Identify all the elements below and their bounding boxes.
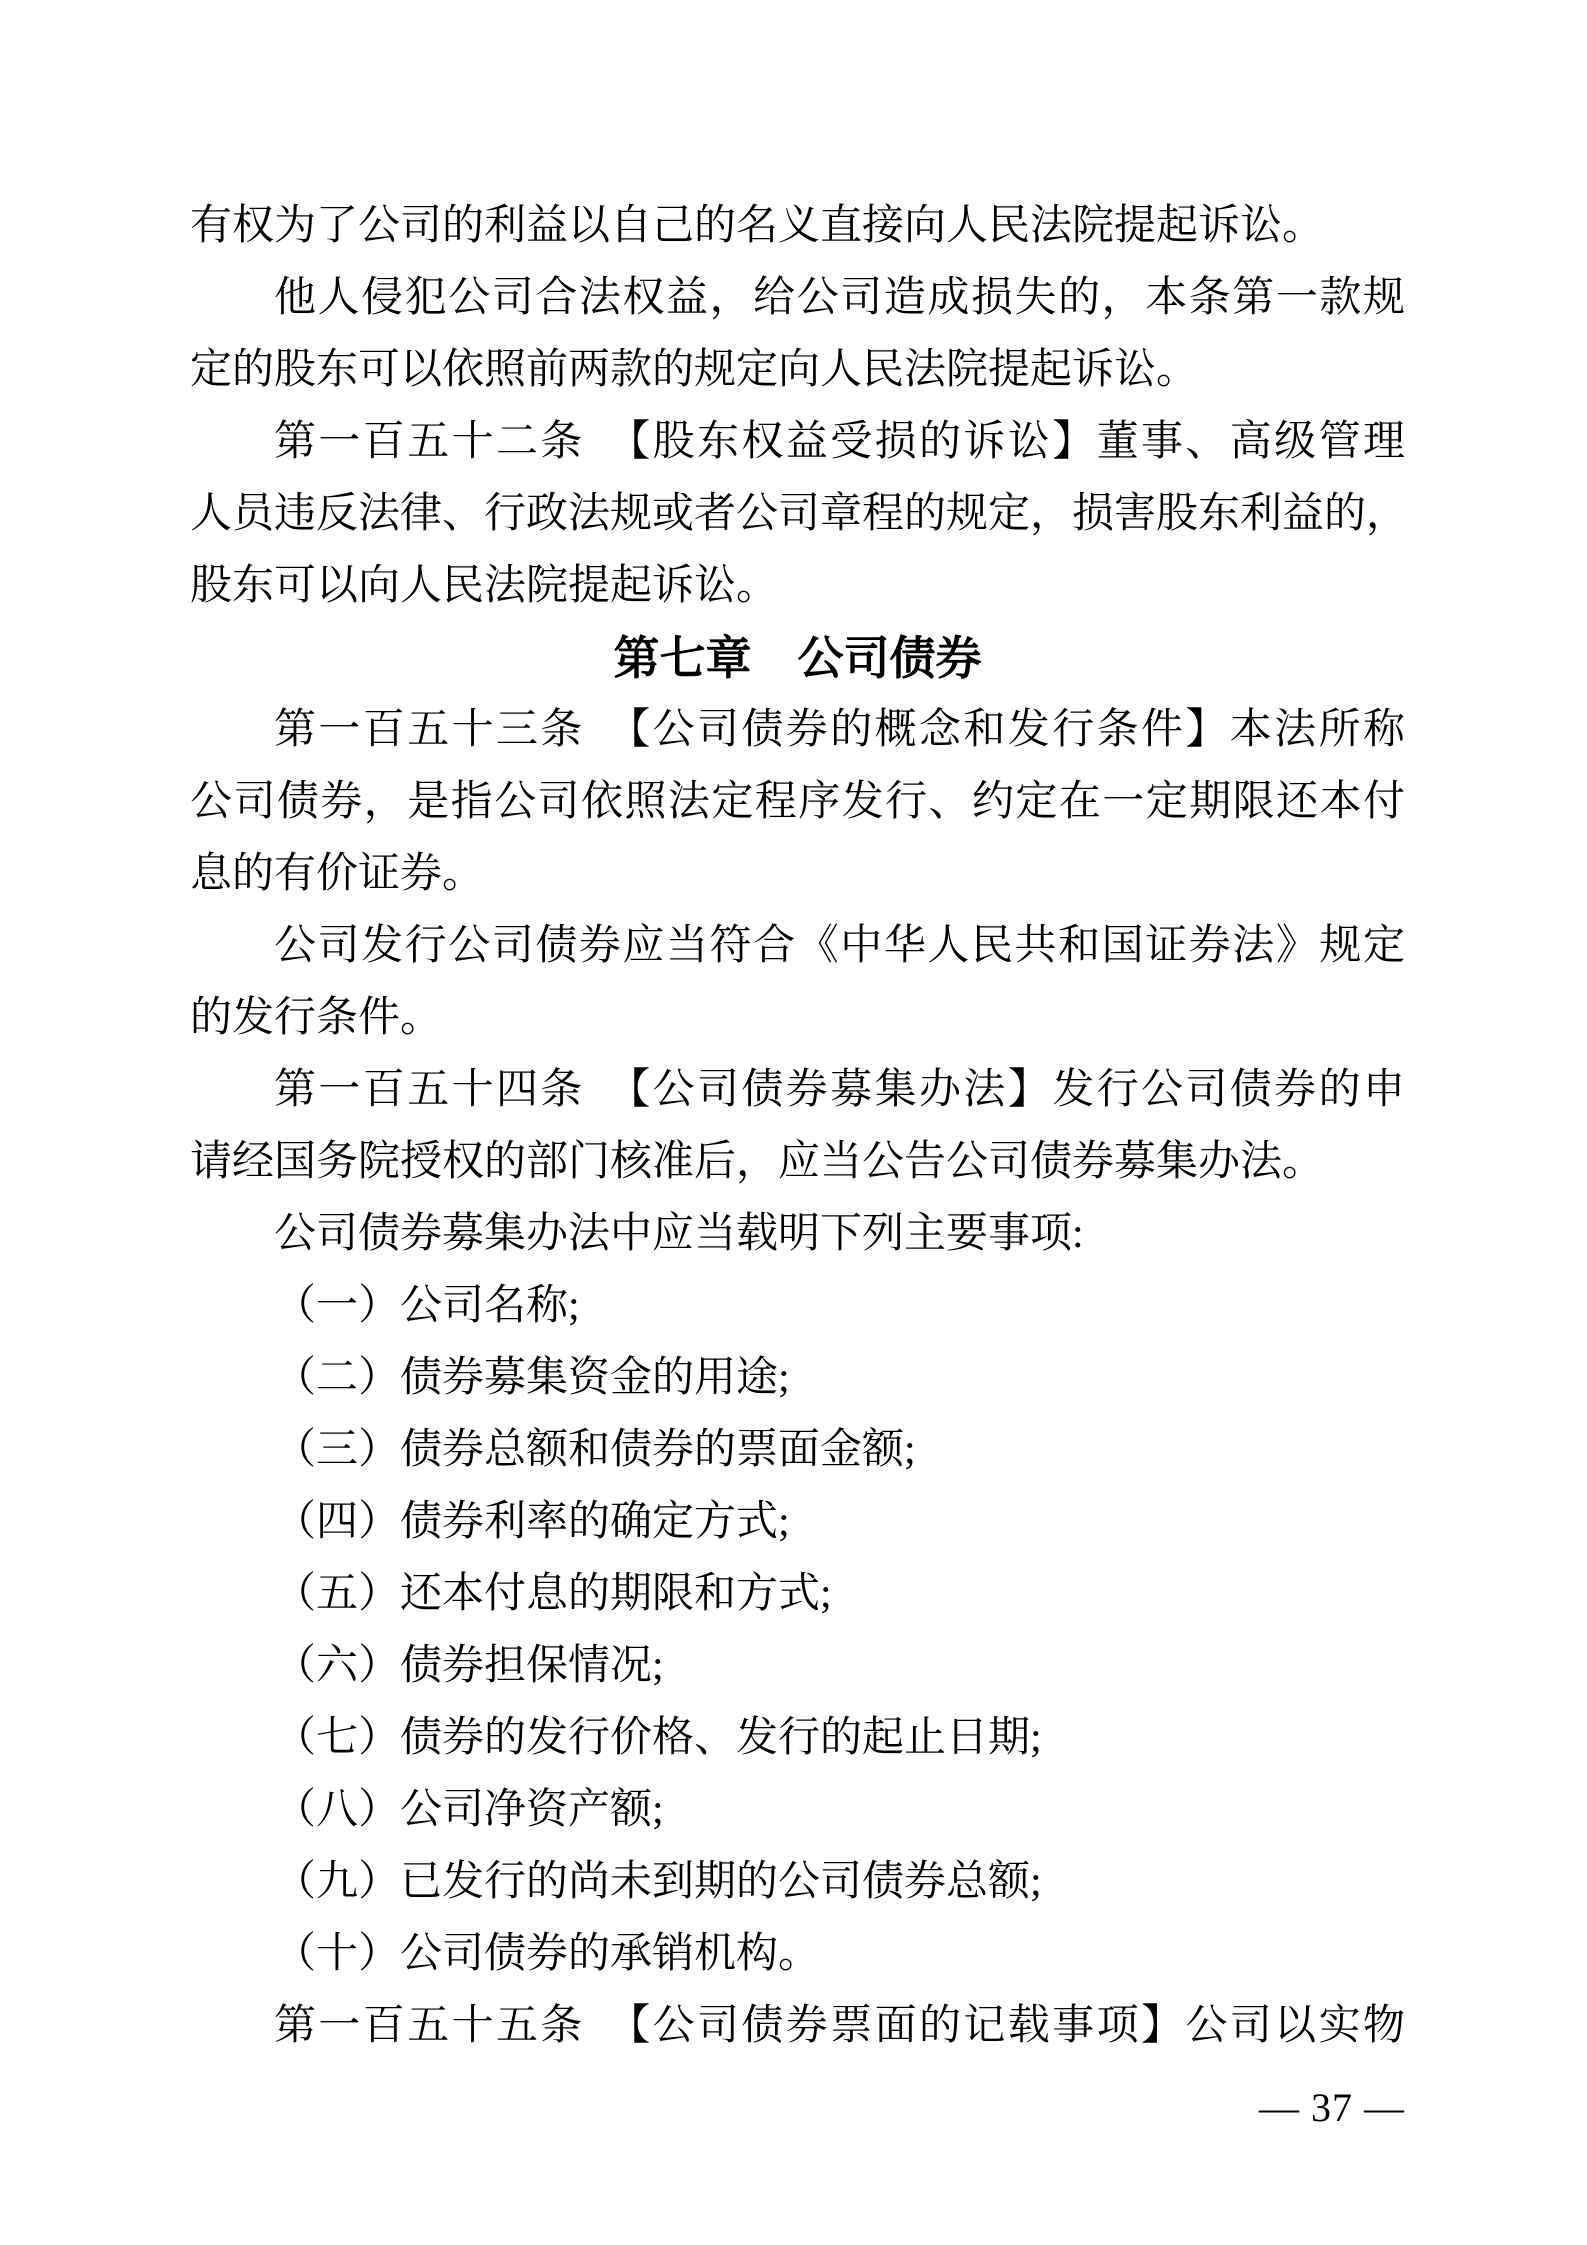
text-line: （一）公司名称; xyxy=(190,1270,1405,1342)
chapter-heading: 第七章 公司债券 xyxy=(190,622,1405,694)
text-line: （二）债券募集资金的用途; xyxy=(190,1342,1405,1414)
text-line: 公司债券，是指公司依照法定程序发行、约定在一定期限还本付 xyxy=(190,766,1405,838)
text-line: （八）公司净资产额; xyxy=(190,1774,1405,1846)
text-line: 定的股东可以依照前两款的规定向人民法院提起诉讼。 xyxy=(190,334,1405,406)
text-line: （四）债券利率的确定方式; xyxy=(190,1486,1405,1558)
document-page: { "colors": { "text": "#000000", "backgr… xyxy=(0,0,1587,2245)
text-line: 息的有价证券。 xyxy=(190,838,1405,910)
page-number: — 37 — xyxy=(1259,2072,1405,2144)
text-line: （三）债券总额和债券的票面金额; xyxy=(190,1414,1405,1486)
text-line: 人员违反法律、行政法规或者公司章程的规定，损害股东利益的， xyxy=(190,478,1405,550)
text-line: （五）还本付息的期限和方式; xyxy=(190,1558,1405,1630)
text-line: （七）债券的发行价格、发行的起止日期; xyxy=(190,1702,1405,1774)
text-line: 第一百五十三条 【公司债券的概念和发行条件】本法所称 xyxy=(190,694,1405,766)
text-line: （九）已发行的尚未到期的公司债券总额; xyxy=(190,1846,1405,1918)
text-block: 有权为了公司的利益以自己的名义直接向人民法院提起诉讼。他人侵犯公司合法权益，给公… xyxy=(190,190,1405,2062)
text-line: 他人侵犯公司合法权益，给公司造成损失的，本条第一款规 xyxy=(190,262,1405,334)
text-line: 公司发行公司债券应当符合《中华人民共和国证券法》规定 xyxy=(190,910,1405,982)
text-line: 公司债券募集办法中应当载明下列主要事项: xyxy=(190,1198,1405,1270)
text-line: （六）债券担保情况; xyxy=(190,1630,1405,1702)
text-line: 第一百五十二条 【股东权益受损的诉讼】董事、高级管理 xyxy=(190,406,1405,478)
text-line: 有权为了公司的利益以自己的名义直接向人民法院提起诉讼。 xyxy=(190,190,1405,262)
text-line: 的发行条件。 xyxy=(190,982,1405,1054)
text-line: （十）公司债券的承销机构。 xyxy=(190,1918,1405,1990)
text-line: 请经国务院授权的部门核准后，应当公告公司债券募集办法。 xyxy=(190,1126,1405,1198)
text-line: 股东可以向人民法院提起诉讼。 xyxy=(190,550,1405,622)
text-line: 第一百五十五条 【公司债券票面的记载事项】公司以实物 xyxy=(190,1990,1405,2062)
text-line: 第一百五十四条 【公司债券募集办法】发行公司债券的申 xyxy=(190,1054,1405,1126)
